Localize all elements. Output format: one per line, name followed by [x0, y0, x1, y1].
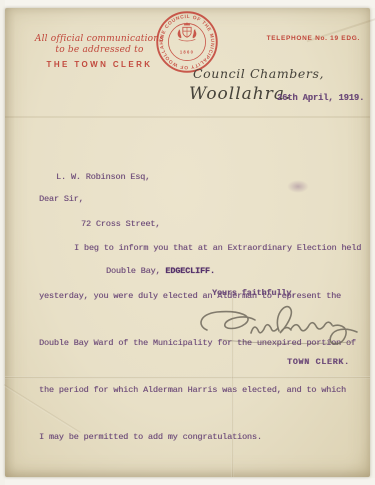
body-line: I may be permitted to add my congratulat… — [39, 430, 361, 446]
body-line: the period for which Alderman Harris was… — [39, 383, 361, 399]
letter-paper: All official communications to be addres… — [5, 8, 370, 477]
place-line1: Council Chambers, — [193, 66, 324, 81]
telephone-note: TELEPHONE No. 19 EDG. — [267, 35, 360, 42]
seal-year: 1860 — [180, 50, 194, 55]
closing: Yours faithfully, — [212, 288, 296, 298]
signature — [193, 300, 363, 358]
scan-edge-top — [0, 0, 375, 8]
letterhead-note: All official communications to be addres… — [27, 34, 172, 69]
council-seal-icon: THE COUNCIL OF THE MUNICIPALITY OF WOOLL… — [155, 10, 219, 74]
paper-crease — [5, 116, 370, 118]
addressee-name: L. W. Robinson Esq, — [56, 170, 215, 186]
letterhead-note-line3: THE TOWN CLERK — [27, 60, 172, 69]
scan-edge-bottom — [0, 478, 375, 485]
letterhead-note-line2: to be addressed to — [27, 45, 172, 56]
scanned-letter: All official communications to be addres… — [0, 0, 375, 485]
ink-smudge — [287, 180, 309, 193]
body-line: I beg to inform you that at an Extraordi… — [39, 241, 361, 257]
letter-date: 26th April, 1919. — [277, 93, 364, 103]
letterhead-note-line1: All official communications — [27, 34, 172, 45]
salutation: Dear Sir, — [39, 194, 84, 204]
signoff-title: TOWN CLERK. — [287, 357, 350, 367]
